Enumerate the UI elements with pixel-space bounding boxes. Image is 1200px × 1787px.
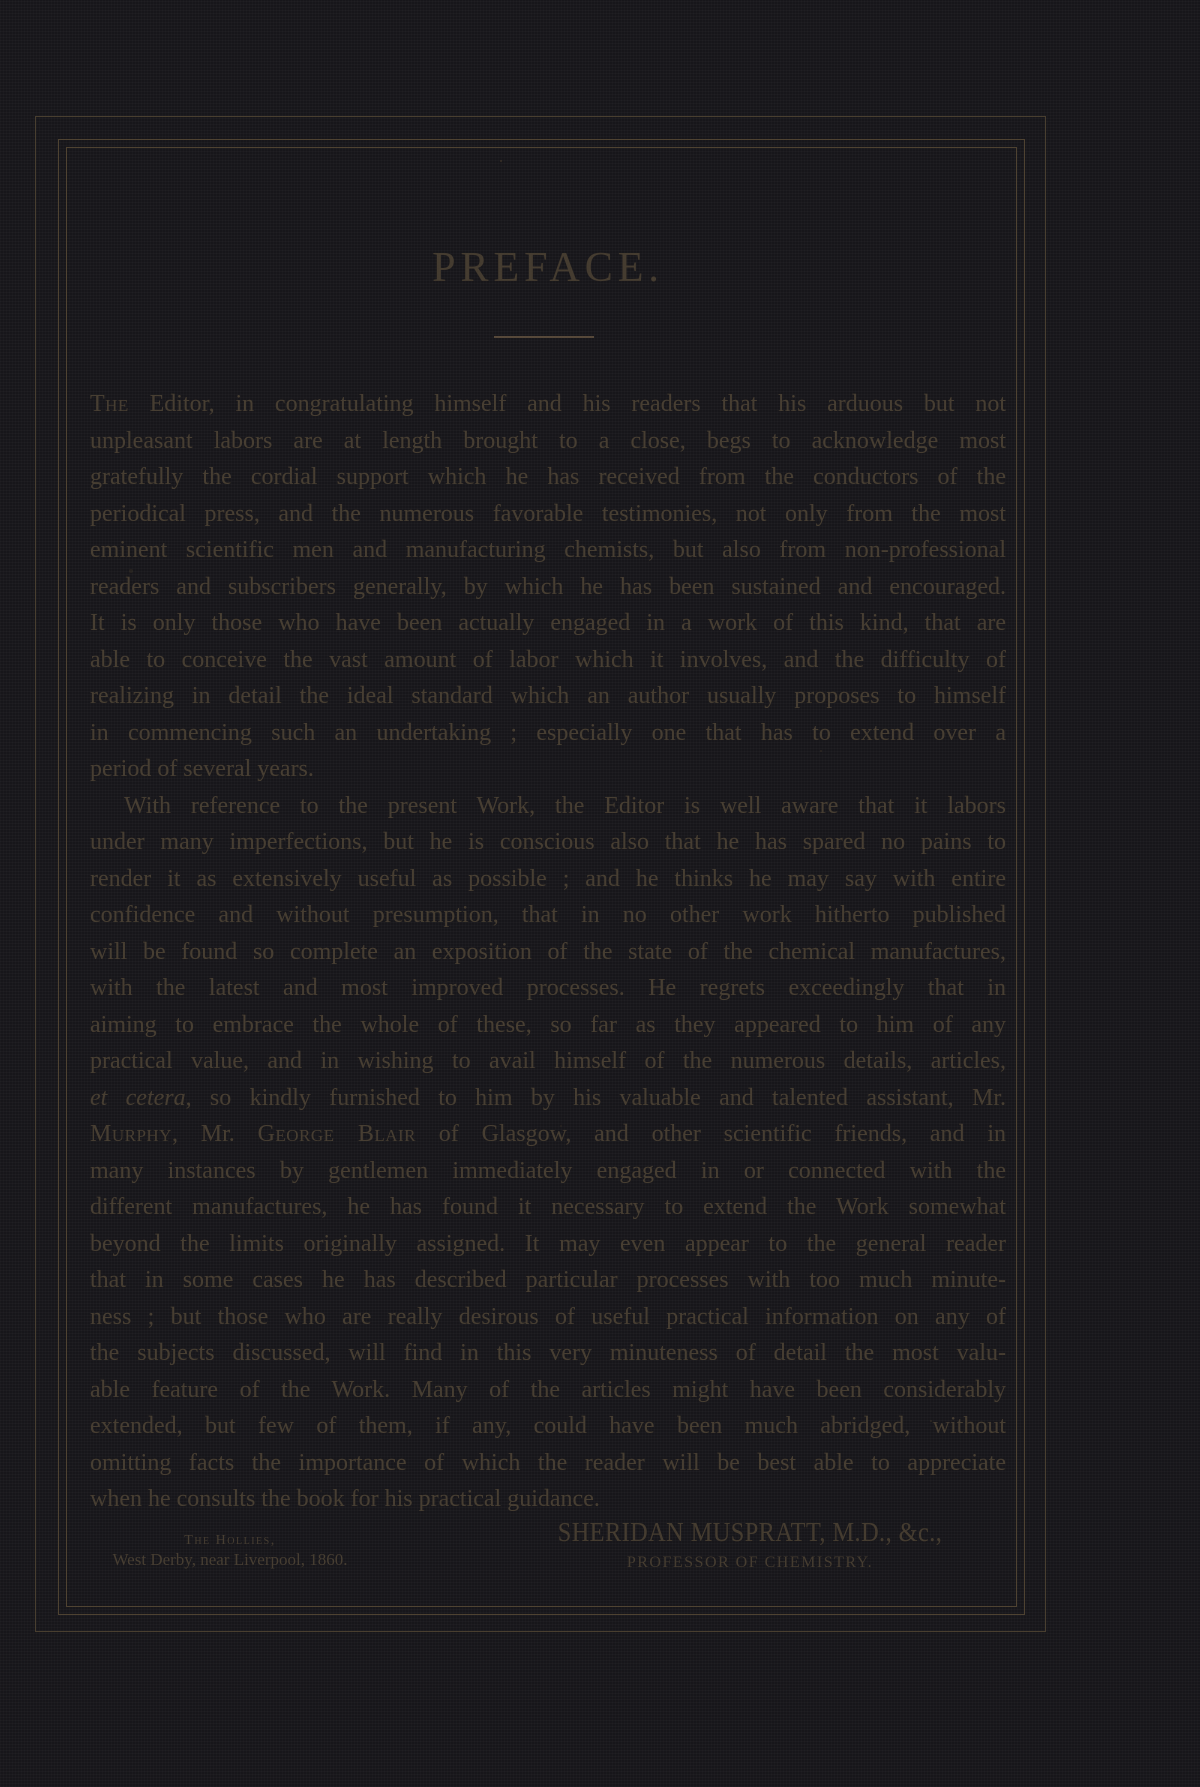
text-line: confidence and without presumption, that…	[90, 897, 1006, 934]
text-line: practical value, and in wishing to avail…	[90, 1043, 1006, 1080]
name-smallcaps: Murphy	[90, 1121, 172, 1147]
text-line: able feature of the Work. Many of the ar…	[90, 1372, 1006, 1409]
text-line: With reference to the present Work, the …	[90, 788, 1006, 825]
text-line: It is only those who have been actually …	[90, 605, 1006, 642]
text-line: extended, but few of them, if any, could…	[90, 1408, 1006, 1445]
name-smallcaps: George Blair	[258, 1121, 416, 1147]
text-line: gratefully the cordial support which he …	[90, 459, 1006, 496]
text-line: render it as extensively useful as possi…	[90, 861, 1006, 898]
signature-author-name: SHERIDAN MUSPRATT, M.D., &c.,	[534, 1516, 966, 1548]
text-line: many instances by gentlemen immediately …	[90, 1153, 1006, 1190]
paper-specks	[500, 160, 502, 162]
lead-smallcaps: The	[90, 391, 129, 417]
text-line: omitting facts the importance of which t…	[90, 1445, 1006, 1482]
text-segment: , Mr.	[172, 1121, 258, 1147]
signature-place-name: The Hollies,	[90, 1533, 370, 1549]
signature-place-date-line: West Derby, near Liverpool, 1860.	[90, 1550, 370, 1569]
page-title: PREFACE.	[90, 244, 1006, 292]
text-line: realizing in detail the ideal standard w…	[90, 678, 1006, 715]
text-line: when he consults the book for his practi…	[90, 1481, 1006, 1518]
text-line: able to conceive the vast amount of labo…	[90, 642, 1006, 679]
text-segment: of Glasgow, and other scientific friends…	[416, 1121, 1006, 1147]
text-line: will be found so complete an exposition …	[90, 934, 1006, 971]
text-line: period of several years.	[90, 751, 1006, 788]
text-line: the subjects discussed, will find in thi…	[90, 1335, 1006, 1372]
latin-phrase-italic: et cetera	[90, 1085, 186, 1111]
text-line: readers and subscribers generally, by wh…	[90, 569, 1006, 606]
text-line: aiming to embrace the whole of these, so…	[90, 1007, 1006, 1044]
text-segment: , so kindly furnished to him by his valu…	[186, 1085, 1006, 1111]
text-segment: Editor, in congratulating himself and hi…	[129, 391, 1006, 417]
signature-author-title: PROFESSOR OF CHEMISTRY.	[510, 1553, 990, 1573]
book-scan-photo: PREFACE. The Editor, in congratulating h…	[0, 0, 1200, 1787]
title-divider-rule	[494, 336, 594, 338]
text-line: The Editor, in congratulating himself an…	[90, 386, 1006, 423]
text-line: under many imperfections, but he is cons…	[90, 824, 1006, 861]
preface-body: The Editor, in congratulating himself an…	[90, 386, 1006, 1518]
text-line: et cetera, so kindly furnished to him by…	[90, 1080, 1006, 1117]
text-line: Murphy, Mr. George Blair of Glasgow, and…	[90, 1116, 1006, 1153]
text-line: periodical press, and the numerous favor…	[90, 496, 1006, 533]
text-line: unpleasant labors are at length brought …	[90, 423, 1006, 460]
text-line: beyond the limits originally assigned. I…	[90, 1226, 1006, 1263]
text-line: that in some cases he has described part…	[90, 1262, 1006, 1299]
text-line: ness ; but those who are really desirous…	[90, 1299, 1006, 1336]
text-line: with the latest and most improved proces…	[90, 970, 1006, 1007]
text-line: different manufactures, he has found it …	[90, 1189, 1006, 1226]
text-line: eminent scientific men and manufacturing…	[90, 532, 1006, 569]
text-line: in commencing such an undertaking ; espe…	[90, 715, 1006, 752]
signature-place-date: The Hollies, West Derby, near Liverpool,…	[90, 1533, 370, 1569]
signature-author: SHERIDAN MUSPRATT, M.D., &c., PROFESSOR …	[510, 1516, 990, 1573]
